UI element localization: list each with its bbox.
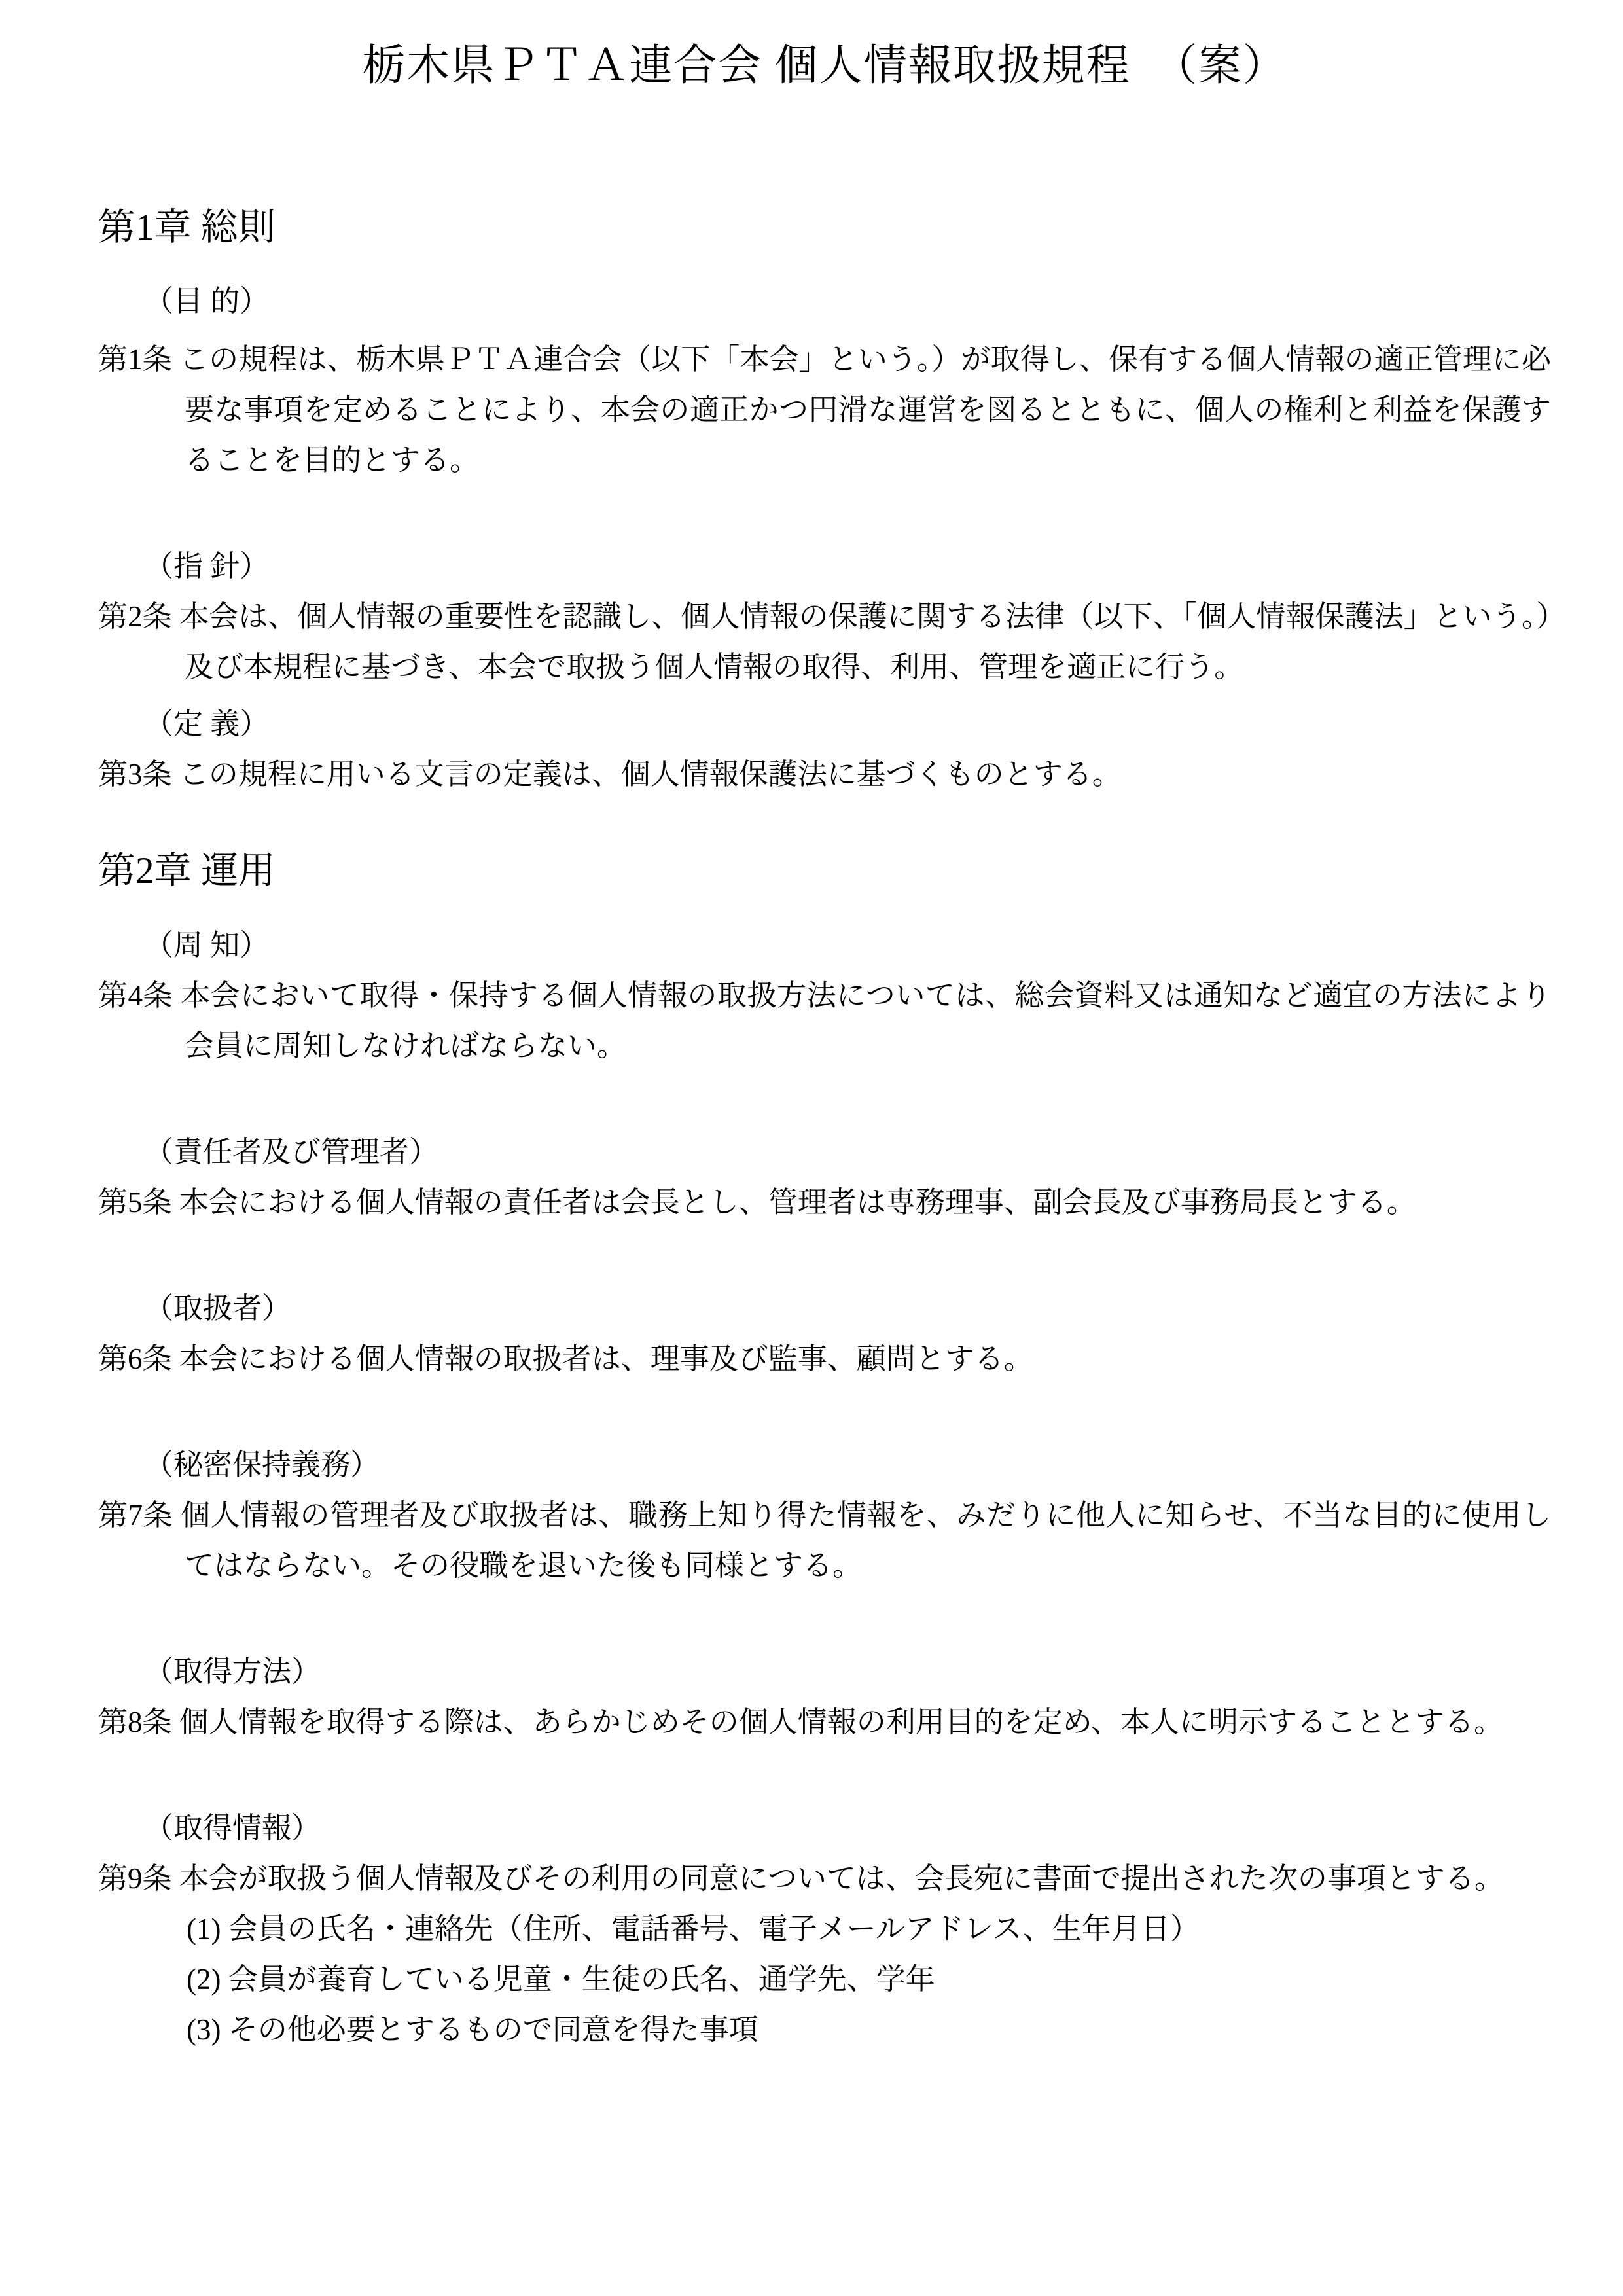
section-label-confidentiality: （秘密保持義務） xyxy=(98,1440,1551,1490)
section-label-responsible-person: （責任者及び管理者） xyxy=(98,1127,1551,1177)
article-2-text: 第2条 本会は、個人情報の重要性を認識し、個人情報の保護に関する法律（以下、「個… xyxy=(98,592,1551,692)
list-item-1: (1) 会員の氏名・連絡先（住所、電話番号、電子メールアドレス、生年月日） xyxy=(98,1904,1551,1954)
chapter-2-heading: 第2章 運用 xyxy=(98,849,1551,893)
section-label-guideline: （指 針） xyxy=(98,541,1551,592)
article-6-text: 第6条 本会における個人情報の取扱者は、理事及び監事、顧問とする。 xyxy=(98,1334,1551,1384)
article-9-text: 第9条 本会が取扱う個人情報及びその利用の同意については、会長宛に書面で提出され… xyxy=(98,1854,1551,1904)
section-label-acquisition-method: （取得方法） xyxy=(98,1647,1551,1697)
section-label-notification: （周 知） xyxy=(98,920,1551,971)
section-label-definition: （定 義） xyxy=(98,699,1551,749)
document-page: 栃木県ＰＴＡ連合会 個人情報取扱規程 （案） 第1章 総則 （目 的） 第1条 … xyxy=(0,0,1623,2296)
section-label-handler: （取扱者） xyxy=(98,1283,1551,1334)
list-item-2: (2) 会員が養育している児童・生徒の氏名、通学先、学年 xyxy=(98,1954,1551,2005)
chapter-1-heading: 第1章 総則 xyxy=(98,206,1551,250)
article-5-text: 第5条 本会における個人情報の責任者は会長とし、管理者は専務理事、副会長及び事務… xyxy=(98,1177,1551,1228)
section-label-acquired-information: （取得情報） xyxy=(98,1803,1551,1854)
list-item-3: (3) その他必要とするもので同意を得た事項 xyxy=(98,2005,1551,2055)
document-title: 栃木県ＰＴＡ連合会 個人情報取扱規程 （案） xyxy=(98,38,1551,94)
article-8-text: 第8条 個人情報を取得する際は、あらかじめその個人情報の利用目的を定め、本人に明… xyxy=(98,1697,1551,1748)
article-7-text: 第7条 個人情報の管理者及び取扱者は、職務上知り得た情報を、みだりに他人に知らせ… xyxy=(98,1490,1551,1591)
article-4-text: 第4条 本会において取得・保持する個人情報の取扱方法については、総会資料又は通知… xyxy=(98,971,1551,1071)
section-label-purpose: （目 的） xyxy=(98,276,1551,327)
article-1-text: 第1条 この規程は、栃木県ＰＴＡ連合会（以下「本会」という。）が取得し、保有する… xyxy=(98,334,1551,486)
article-3-text: 第3条 この規程に用いる文言の定義は、個人情報保護法に基づくものとする。 xyxy=(98,749,1551,800)
